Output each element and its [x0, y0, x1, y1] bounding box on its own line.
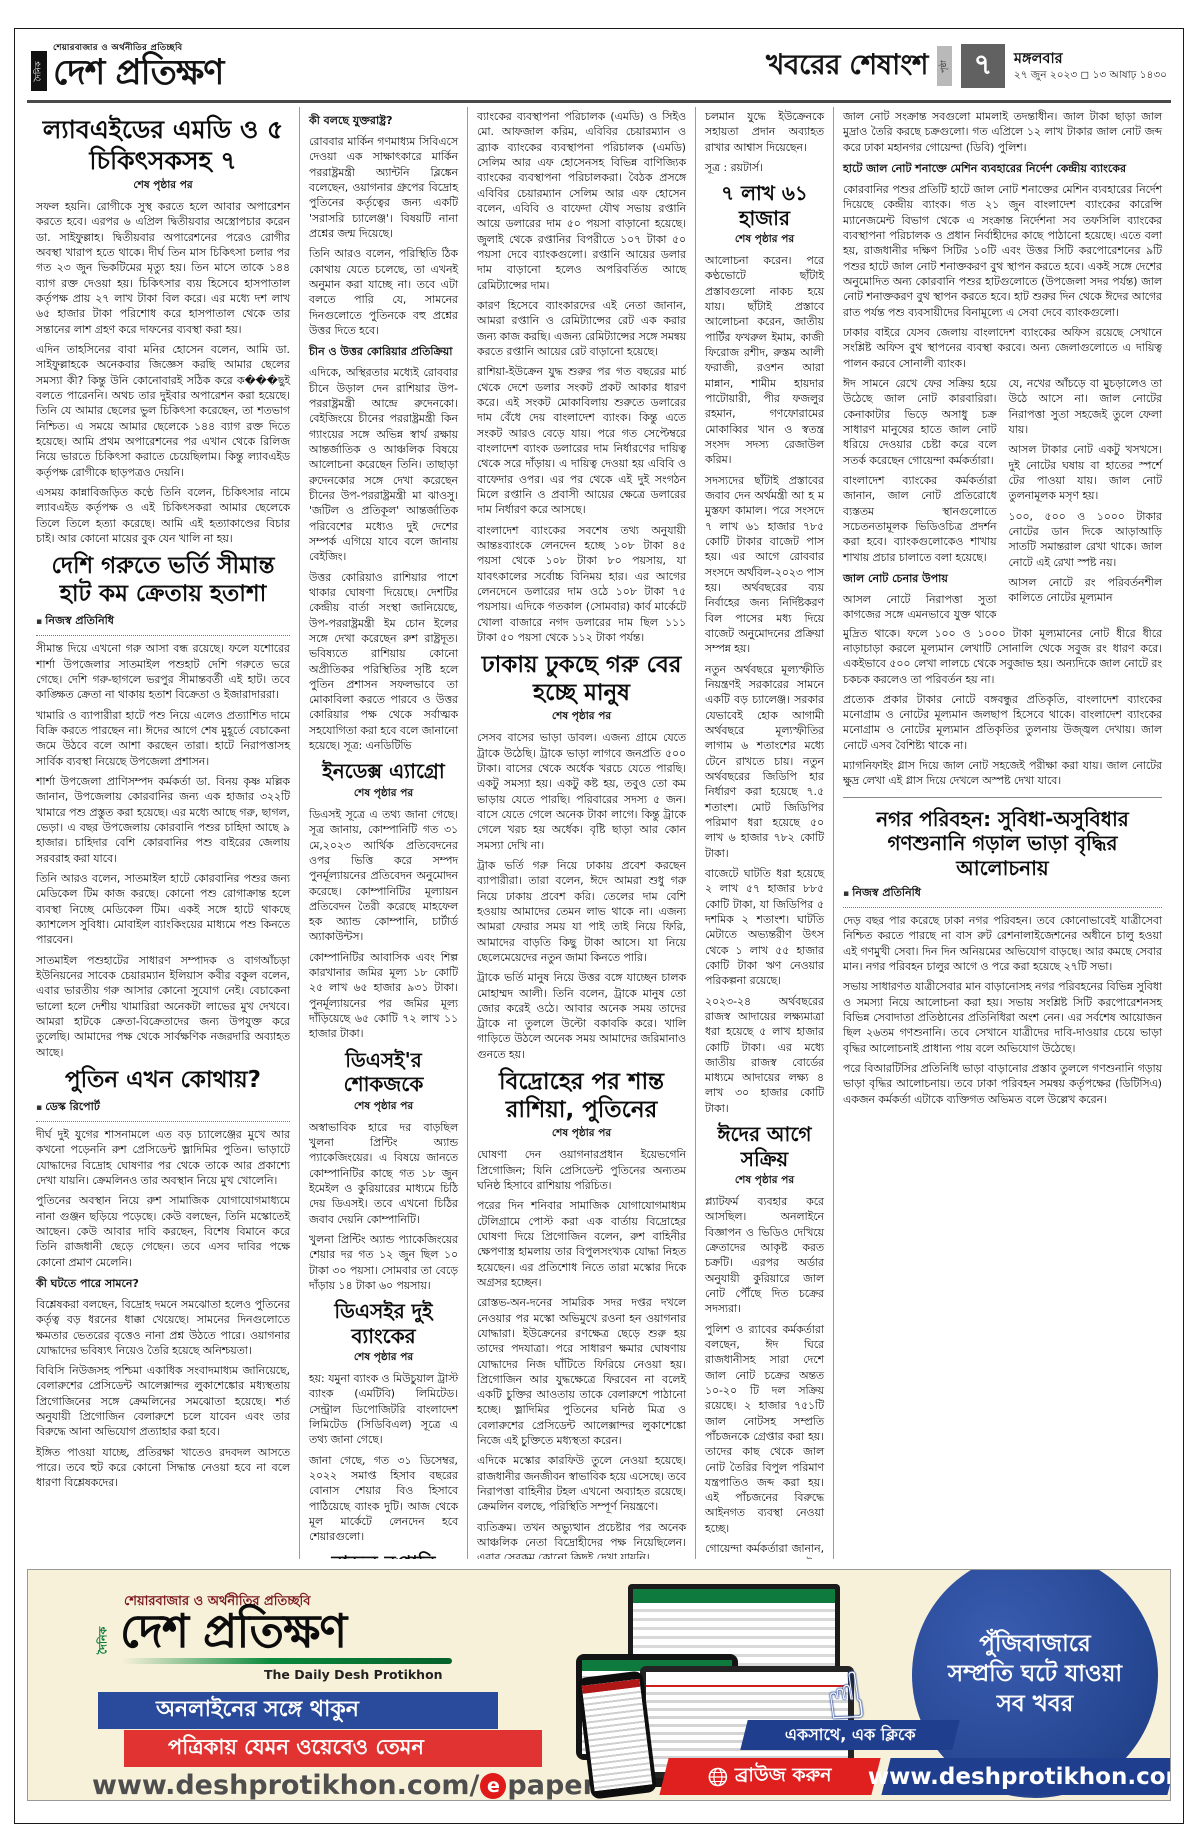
article-subhead: কী ঘটতে পারে সামনে?: [36, 1275, 290, 1294]
page-number: ৭: [961, 44, 1005, 88]
article-paragraph: আসল নোটে রং পরিবর্তনশীল কালিতে নোটের মূল…: [1009, 575, 1163, 606]
article-paragraph: ঢাকার বাইরে যেসব জেলায় বাংলাদেশ ব্যাংকে…: [843, 325, 1162, 371]
article-paragraph: হয়: যমুনা ব্যাংক ও মিউচুয়াল ট্রাস্ট ব্…: [309, 1371, 458, 1448]
bubble-line-3: সব খবর: [997, 1690, 1074, 1720]
article-paragraph: রোববার মার্কিন গণমাধ্যম সিবিএসে দেওয়া এ…: [309, 134, 458, 241]
site-url-ribbon: www.deshprotikhon.com: [881, 1758, 1171, 1795]
article-paragraph: মুদ্রিত থাকে। ফলে ১০০ ও ১০০০ টাকা মূল্যম…: [843, 626, 1162, 687]
article-paragraph: বিশ্লেষকরা বলছেন, বিদ্রোহ দমনে সমঝোতা হল…: [36, 1297, 290, 1358]
click-ribbon: একসাথে, এক ক্লিকে: [740, 1720, 959, 1750]
bubble-line-1: পুঁজিবাজারে: [979, 1630, 1090, 1660]
masthead-title: দেশ প্রতিক্ষণ: [53, 56, 223, 91]
article-headline: নগর পরিবহন: সুবিধা-অসুবিধার গণশুনানি গড়…: [844, 807, 1161, 880]
article-paragraph: ইঙ্গিত পাওয়া যাচ্ছে, প্রতিরক্ষা খাতেও র…: [36, 1445, 290, 1491]
article-headline: ঢাকায় ঢুকছে গরু বের হচ্ছে মানুষ: [478, 651, 685, 707]
article-paragraph: গোয়েন্দা কর্মকর্তারা জানান, চক্রগুলো পশ…: [705, 1541, 824, 1559]
logo-swoosh: [122, 1658, 452, 1664]
article-paragraph: জানা গেছে, গত ৩১ ডিসেম্বর, ২০২২ সমাপ্ত হ…: [309, 1453, 458, 1545]
article-paragraph: সাতমাইল পশুহাটের সাধারণ সম্পাদক ও বাগআঁচ…: [36, 953, 290, 1060]
article-paragraph: খামারি ও ব্যাপারীরা হাটে পশু নিয়ে এলেও …: [36, 708, 290, 769]
continued-label: শেষ পৃষ্ঠার পর: [477, 1126, 686, 1143]
article-paragraph: দেড় বছর পার করেছে ঢাকা নগর পরিবহন। তবে …: [843, 913, 1162, 974]
article-paragraph: কোরবানির পশুর প্রতিটি হাটে জাল নোট শনাক্…: [843, 182, 1162, 320]
article-paragraph: ডিএসই সূত্রে এ তথ্য জানা গেছে। সূত্র জান…: [309, 807, 458, 945]
article: দেশি গরুতে ভর্তি সীমান্ত হাট কম ক্রেতায়…: [36, 552, 290, 1060]
article-paragraph: এদিন তাহসিনের বাবা মনির হোসেন বলেন, আমি …: [36, 342, 290, 480]
article-paragraph: খুলনা প্রিন্টিং অ্যান্ড প্যাকেজিংয়ের শে…: [309, 1232, 458, 1293]
article-byline: নিজস্ব প্রতিনিধি: [36, 610, 290, 636]
banner-daily-badge: দৈনিক: [94, 1614, 114, 1666]
e-badge-icon: e: [480, 1773, 506, 1799]
article-paragraph: নতুন অর্থবছরে মূল্যস্ফীতি নিয়ন্ত্রণই সর…: [705, 662, 824, 861]
article-subhead: জাল নোট চেনার উপায়: [843, 570, 997, 589]
banner-logo-sub: The Daily Desh Protikhon: [264, 1667, 443, 1682]
article-paragraph: বাংলাদেশ ব্যাংকের সবশেষ তথ্য অনুযায়ী আন…: [477, 523, 686, 646]
article: চলমান যুদ্ধে ইউক্রেনকে সহায়তা প্রদান অব…: [705, 109, 824, 175]
article-paragraph: উত্তর কোরিয়াও রাশিয়ার পাশে থাকার ঘোষণা…: [309, 570, 458, 754]
article-paragraph: প্ল্যাটফর্ম ব্যবহার করে আসছিল। অনলাইনে ব…: [705, 1194, 824, 1317]
article: কী বলছে যুক্তরাষ্ট্র?রোববার মার্কিন গণমা…: [309, 112, 458, 753]
date-line: ২৭ জুন ২০২৩ ◻ ১৩ আষাঢ় ১৪৩০: [1014, 69, 1167, 82]
article-paragraph: কোম্পানিটির আবাসিক এবং শিল্প কারখানার জম…: [309, 950, 458, 1042]
masthead: দৈনিক শেয়ারবাজার ও অর্থনীতির প্রতিচ্ছবি…: [27, 37, 1171, 103]
article-paragraph: ব্যতিক্রম। তখন অভ্যুত্থান প্রচেষ্টার পর …: [477, 1520, 686, 1559]
article-subhead: কী বলছে যুক্তরাষ্ট্র?: [309, 112, 458, 131]
article-paragraph: ঈদ সামনে রেখে ফের সক্রিয় হয়ে উঠেছে জাল…: [843, 376, 997, 468]
column-3: ব্যাংকের ব্যবস্থাপনা পরিচালক (এমডি) ও সি…: [467, 107, 695, 1559]
epaper-url: www.deshprotikhon.com/epaper: [92, 1770, 596, 1801]
article-paragraph: অস্বাভাবিক হারে দর বাড়ছিল খুলনা প্রিন্ট…: [309, 1120, 458, 1227]
article-paragraph: তিনি আরও বলেন, পরিস্থিতি ঠিক কোথায় যেতে…: [309, 246, 458, 338]
article-paragraph: এদিকে, অস্থিরতার মধ্যেই রোববার চীনে উড়া…: [309, 365, 458, 564]
article-paragraph: সদস্যদের ছাঁটাই প্রস্তাবের জবাব দেন অর্থ…: [705, 473, 824, 657]
article-paragraph: আলোচনা করেন। পরে কণ্ঠভোটে ছাঁটাই প্রস্তা…: [705, 253, 824, 468]
article-paragraph: ব্যাংকের ব্যবস্থাপনা পরিচালক (এমডি) ও সি…: [477, 109, 686, 293]
article-paragraph: রাশিয়া-ইউক্রেন যুদ্ধ শুরুর পর গত বছরের …: [477, 364, 686, 517]
article: ল্যাবএইডের এমডি ও ৫ চিকিৎসকসহ ৭শেষ পৃষ্ঠ…: [36, 115, 290, 546]
article-headline: ইনডেক্স এ্যাগ্রো: [310, 759, 457, 783]
article-paragraph: সভায় সাধারণত যাত্রীসেবার মান বাড়ানোসহ …: [843, 979, 1162, 1056]
article-byline: ডেস্ক রিপোর্ট: [36, 1096, 290, 1122]
article-paragraph: বাংলাদেশ ব্যাংকের কর্মকর্তারা জানান, জাল…: [843, 473, 997, 565]
article-paragraph: রোস্তভ-অন-দনের সামরিক সদর দপ্তর দখলে নেও…: [477, 1295, 686, 1448]
article-paragraph: বাজেটে ঘাটতি ধরা হয়েছে ২ লাখ ৫৭ হাজার ৮…: [705, 866, 824, 989]
article-headline: ল্যাবএইডের এমডি ও ৫ চিকিৎসকসহ ৭: [37, 115, 289, 176]
article: ঈদের আগে সক্রিয়শেষ পৃষ্ঠার পরপ্ল্যাটফর্…: [705, 1122, 824, 1559]
browse-ribbon: ব্রাউজ করুন: [659, 1758, 880, 1795]
article-paragraph: দীর্ঘ দুই যুগের শাসনামলে এত বড় চ্যালেঞ্…: [36, 1127, 290, 1188]
article-headline: দেশি গরুতে ভর্তি সীমান্ত হাট কম ক্রেতায়…: [37, 552, 289, 608]
article-paragraph: ম্যাগনিফাইং গ্লাস দিয়ে জাল নোট সহজেই পর…: [843, 758, 1162, 789]
article-paragraph: এদিকে মস্কোর কারফিউ তুলে নেওয়া হয়েছে। …: [477, 1453, 686, 1514]
article-paragraph: জাল নোট সংক্রান্ত সবগুলো মামলাই তদন্তাধী…: [843, 109, 1162, 155]
article-headline: ডিএসই'র শোকজকে: [310, 1048, 457, 1097]
column-5: জাল নোট সংক্রান্ত সবগুলো মামলাই তদন্তাধী…: [833, 107, 1171, 1559]
article: বাড়ল রপ্তানিশেষ পৃষ্ঠার পরশতাংশ প্রবৃদ্…: [309, 1551, 458, 1559]
article-paragraph: চলমান যুদ্ধে ইউক্রেনকে সহায়তা প্রদান অব…: [705, 109, 824, 155]
article-subhead: হাটে জাল নোট শনাক্তে মেশিন ব্যবহারের নির…: [843, 160, 1162, 179]
article-paragraph: পুতিনের অবস্থান নিয়ে রুশ সামাজিক যোগাযো…: [36, 1193, 290, 1270]
article: ৭ লাখ ৬১ হাজারশেষ পৃষ্ঠার পরআলোচনা করেন।…: [705, 181, 824, 1116]
article-headline: পুতিন এখন কোথায়?: [37, 1066, 289, 1094]
article-paragraph: পুলিশ ও র‍্যাবের কর্মকর্তারা বলছেন, ঈদ ঘ…: [705, 1322, 824, 1537]
article-paragraph: এসময় কান্নাবিজড়িত কণ্ঠে তিনি বলেন, চিক…: [36, 485, 290, 546]
article-paragraph: আসল টাকার নোট একটু খসখসে। দুই নোটের ঘষায…: [1009, 442, 1163, 503]
page-label: পৃষ্ঠা: [937, 46, 952, 86]
continued-label: শেষ পৃষ্ঠার পর: [309, 786, 458, 803]
article-paragraph: শার্শা উপজেলা প্রাণিসম্পদ কর্মকর্তা ডা. …: [36, 774, 290, 866]
banner-line2: পত্রিকায় যেমন ওয়েবেও তেমন: [124, 1730, 542, 1767]
article: ঢাকায় ঢুকছে গরু বের হচ্ছে মানুষশেষ পৃষ্…: [477, 651, 686, 1062]
article: ডিএসইর দুই ব্যাংকেরশেষ পৃষ্ঠার পরহয়: যম…: [309, 1299, 458, 1544]
article-subhead: চীন ও উত্তর কোরিয়ার প্রতিক্রিয়া: [309, 343, 458, 362]
epaper-ad-banner: শেয়ারবাজার ও অর্থনীতির প্রতিচ্ছবি দৈনিক…: [27, 1569, 1171, 1801]
article-headline: বাড়ল রপ্তানি: [310, 1551, 457, 1559]
two-column-block: ঈদ সামনে রেখে ফের সক্রিয় হয়ে উঠেছে জাল…: [843, 376, 1162, 623]
article-headline: ৭ লাখ ৬১ হাজার: [706, 181, 823, 230]
article: ইনডেক্স এ্যাগ্রোশেষ পৃষ্ঠার পরডিএসই সূত্…: [309, 759, 458, 1041]
weekday: মঙ্গলবার: [1014, 50, 1167, 68]
article-paragraph: বিবিসি নিউজসহ পশ্চিমা একাধিক সংবাদমাধ্যম…: [36, 1363, 290, 1440]
continued-label: শেষ পৃষ্ঠার পর: [705, 232, 824, 249]
article-paragraph: প্রত্যেক প্রকার টাকার নোটে বঙ্গবন্ধুর প্…: [843, 692, 1162, 753]
article-paragraph: পরে বিআরটিসির প্রতিনিধি ভাড়া বাড়ানোর প…: [843, 1061, 1162, 1107]
article: বিদ্রোহের পর শান্ত রাশিয়া, পুতিনেরশেষ প…: [477, 1068, 686, 1559]
article-paragraph: ঘোষণা দেন ওয়াগনারপ্রধান ইয়েভগেনি প্রিগ…: [477, 1147, 686, 1193]
article-headline: বিদ্রোহের পর শান্ত রাশিয়া, পুতিনের: [478, 1068, 685, 1124]
article-paragraph: সীমান্ত দিয়ে এখনো গরু আসা বন্ধ রয়েছে। …: [36, 641, 290, 702]
article-headline: ঈদের আগে সক্রিয়: [706, 1122, 823, 1171]
article-paragraph: পরের দিন শনিবার সামাজিক যোগাযোগমাধ্যম টে…: [477, 1198, 686, 1290]
article-paragraph: সেসব বাসের ভাড়া ডাবল। এজন্য গ্রামে যেতে…: [477, 730, 686, 853]
article-paragraph: সূত্র : রয়টার্স।: [705, 160, 824, 175]
epaper-url-suffix: paper: [507, 1770, 596, 1801]
article: নগর পরিবহন: সুবিধা-অসুবিধার গণশুনানি গড়…: [843, 797, 1162, 1107]
continued-label: শেষ পৃষ্ঠার পর: [309, 1350, 458, 1367]
epaper-url-prefix: www.deshprotikhon.com/: [92, 1770, 479, 1801]
daily-badge: দৈনিক: [31, 51, 47, 91]
article-paragraph: ১০০, ৫০০ ও ১০০০ টাকার নোটের ডান দিকে আড়…: [1009, 509, 1163, 570]
column-2: কী বলছে যুক্তরাষ্ট্র?রোববার মার্কিন গণমা…: [299, 107, 467, 1559]
article-paragraph: ট্রাকে ভর্তি মানুষ নিয়ে উত্তর বঙ্গে যাচ…: [477, 970, 686, 1062]
column-4: চলমান যুদ্ধে ইউক্রেনকে সহায়তা প্রদান অব…: [695, 107, 833, 1559]
article-paragraph: তিনি আরও বলেন, সাতমাইল হাটে কোরবানির পশু…: [36, 871, 290, 948]
article: জাল নোট সংক্রান্ত সবগুলো মামলাই তদন্তাধী…: [843, 109, 1162, 789]
article: ব্যাংকের ব্যবস্থাপনা পরিচালক (এমডি) ও সি…: [477, 109, 686, 645]
article-headline: ডিএসইর দুই ব্যাংকের: [310, 1299, 457, 1348]
section-title: খবরের শেষাংশ: [766, 43, 928, 90]
bubble-line-2: সম্প্রতি ঘটে যাওয়া: [948, 1660, 1122, 1690]
newspaper-page: দৈনিক শেয়ারবাজার ও অর্থনীতির প্রতিচ্ছবি…: [14, 28, 1184, 1824]
article: পুতিন এখন কোথায়?ডেস্ক রিপোর্টদীর্ঘ দুই …: [36, 1066, 290, 1491]
banner-line1: অনলাইনের সঙ্গে থাকুন: [98, 1692, 498, 1729]
article-paragraph: ২০২৩-২৪ অর্থবছরের রাজস্ব আদায়ের লক্ষ্যম…: [705, 994, 824, 1117]
article-paragraph: ট্রাক ভর্তি গরু নিয়ে ঢাকায় প্রবেশ করছে…: [477, 858, 686, 965]
column-1: ল্যাবএইডের এমডি ও ৫ চিকিৎসকসহ ৭শেষ পৃষ্ঠ…: [27, 107, 299, 1559]
article-paragraph: সফল হয়নি। রোগীকে সুস্থ করতে হলে আবার অপ…: [36, 199, 290, 337]
globe-icon: [708, 1767, 728, 1787]
continued-label: শেষ পৃষ্ঠার পর: [36, 178, 290, 195]
article: ডিএসই'র শোকজকেশেষ পৃষ্ঠার পরঅস্বাভাবিক হ…: [309, 1048, 458, 1293]
continued-label: শেষ পৃষ্ঠার পর: [309, 1099, 458, 1116]
continued-label: শেষ পৃষ্ঠার পর: [705, 1173, 824, 1190]
article-byline: নিজস্ব প্রতিনিধি: [843, 882, 1162, 908]
article-columns: ল্যাবএইডের এমডি ও ৫ চিকিৎসকসহ ৭শেষ পৃষ্ঠ…: [27, 107, 1171, 1559]
article-paragraph: কারণ হিসেবে ব্যাংকারদের এই নেতা জানান, আ…: [477, 298, 686, 359]
continued-label: শেষ পৃষ্ঠার পর: [477, 709, 686, 726]
masthead-logo: দৈনিক শেয়ারবাজার ও অর্থনীতির প্রতিচ্ছবি…: [31, 41, 223, 91]
banner-logo: দেশ প্রতিক্ষণ: [120, 1608, 346, 1654]
